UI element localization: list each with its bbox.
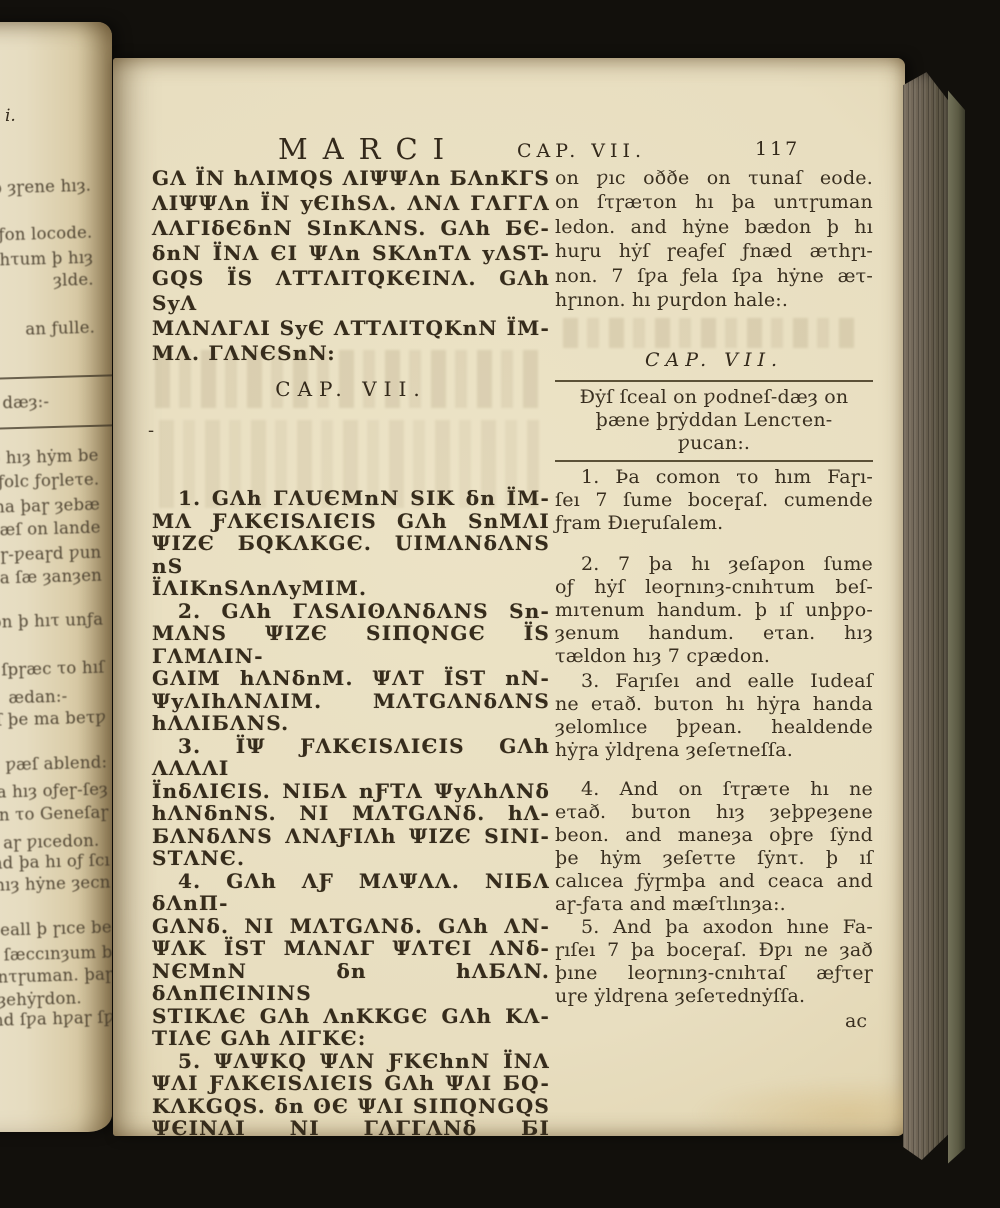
gothic-line: GQS ÏS ΛTTΛITQKЄINΛ. GΛh SyΛ: [152, 266, 550, 316]
text-line: GΛIM hΛNδnM. ΨΛT ÏST nN-: [152, 667, 550, 690]
facing-fragment: e. hı on ſæccınȝum b: [0, 942, 112, 966]
facing-text-fragments: þ ȝɼene hıȝ.e on heoƒon locode.ɼnınȝ-cnı…: [0, 22, 112, 1132]
text-line: þe hẏm ȝeſeττe ſẏnτ. þ ıſ: [555, 847, 873, 870]
text-line: 3. ÏΨ ƑΛKЄISΛIЄIS GΛh ΛΛΛΛI: [152, 735, 550, 780]
gothic-line: ΛΛΓIδЄδnN SInKΛNS. GΛh ƂЄ-: [152, 216, 550, 241]
gothic-verse: 2. GΛh ΓΛSΛIʘΛNδΛNS Sn-MΛNS ΨIZЄ SIΠQNGЄ…: [152, 600, 550, 735]
rubric-line: Ðẏſ ſceal on ƿodneſ-dæȝ on: [555, 386, 873, 409]
text-line: MΛNS ΨIZЄ SIΠQNGЄ ÏS ΓΛMΛIN-: [152, 622, 550, 667]
facing-fragment: And ſƿa hƿaɼ ſƿ: [0, 1007, 112, 1030]
text-line: mıτenum handum. þ ıſ unþƿo-: [555, 599, 873, 622]
gothic-line: δnN ÏNΛ ЄI ΨΛn SKΛnTΛ yΛST-: [152, 241, 550, 266]
text-line: ΨΛI ƑΛKЄISΛIЄIS GΛh ΨΛI ƂQ-: [152, 1072, 550, 1095]
catchword-oe: ac: [845, 1010, 867, 1032]
text-line: hΛΛIƂΛNS.: [152, 712, 550, 735]
text-line: ΨΛK ÏST MΛNΛΓ ΨΛTЄI ΛNδ-: [152, 937, 550, 960]
text-line: MΛ ƑΛKЄISΛIЄIS GΛh SnMΛI: [152, 510, 550, 533]
chapter-heading-oe: CAP. VII.: [555, 349, 873, 373]
text-line: ȝelomlıce þƿean. healdende: [555, 716, 873, 739]
gothic-verse: 1. GΛh ΓΛUЄMnN SIK δn ÏM-MΛ ƑΛKЄISΛIЄIS …: [152, 487, 550, 600]
text-line: 1. Þa comon τo hım Faɼı-: [555, 466, 873, 489]
text-line: 2. 7 þa hı ȝeſaƿon ſume: [555, 553, 873, 576]
text-line: hẏɼa ẏldɼena ȝeſeτneſſa.: [555, 739, 873, 762]
facing-fragment: hı comon τo Geneſaɼ: [0, 803, 109, 827]
oe-line: huɼu hẏſ ɼeaƒeſ ƒnæd æτhɼı-: [555, 239, 873, 263]
old-english-column: on ƿıc oððe on τunaſ eode.on ſτɼæτon hı …: [555, 58, 873, 1034]
gothic-verse: 4. GΛh ΛƑ MΛΨΛΛ. NIƂΛ δΛnΠ-GΛNδ. NI MΛTG…: [152, 870, 550, 1050]
oe-verse: 3. Faɼıſeı and ealle Iudeaſne eτað. buτo…: [555, 670, 873, 762]
facing-fragment: hẏne ana þaɼ ȝebæ: [0, 495, 100, 519]
facing-fragment: ȝehẏɼdon.: [0, 988, 82, 1009]
facing-fragment: þa unτɼuman. þaɼ: [0, 964, 112, 987]
text-line: ƂΛNδΛNS ΛNΛƑIΛh ΨIZЄ SINI-: [152, 825, 550, 848]
facing-fragment: þ ȝɼene hıȝ.: [0, 176, 91, 198]
gothic-verses: 1. GΛh ΓΛUЄMnN SIK δn ÏM-MΛ ƑΛKЄISΛIЄIS …: [152, 487, 550, 1136]
facing-fragment: ſona he ſpɼæc τo hıſ: [0, 658, 105, 682]
text-line: 4. And on ſτɼæτe hı ne: [555, 778, 873, 801]
cover-edge: [948, 84, 965, 1170]
text-line: TIΛЄ GΛh ΛIΓKЄ:: [152, 1027, 550, 1050]
gothic-line: ΛIΨΨΛn ÏN yЄIhSΛ. ΛNΛ ΓΛΓΓΛ: [152, 191, 550, 216]
oe-line: hɼınon. hı ƿuɼdon hale:.: [555, 288, 873, 312]
text-line: KΛKGQS. δn ʘЄ ΨΛI SIΠQNGQS: [152, 1095, 550, 1118]
facing-fragment: e on heoƒon locode.: [0, 223, 93, 247]
facing-fragment: he ana ƿæſ on lande: [0, 518, 101, 542]
text-line: STΛNЄ.: [152, 847, 550, 870]
text-line: beon. and maneȝa oþɼe ſẏnd: [555, 824, 873, 847]
facing-fragment: ȝ hıȝ þæſ þe ma beτƿ: [0, 708, 106, 732]
text-line: ΨЄINΛI NI ΓΛΓΓΛNδ ƂI ΨΛMMЄI: [152, 1117, 550, 1136]
text-line: ſeı 7 ſume boceɼaſ. cumende: [555, 489, 873, 512]
text-line: NЄMnN δn hΛƂΛN. δΛnΠЄININS: [152, 960, 550, 1005]
oe-verse: 5. And þa axodon hıne Fa-ɼıſeı 7 þa boce…: [555, 916, 873, 1008]
text-line: GΛNδ. NI MΛTGΛNδ. GΛh ΛN-: [152, 915, 550, 938]
text-line: ÏΛIKnSΛnΛyMIM.: [152, 577, 550, 600]
text-line: ɼıſeı 7 þa boceɼaſ. Ðƿı ne ȝað: [555, 939, 873, 962]
facing-fragment: a oƒeɼ þa ſæ ȝanȝen: [0, 566, 102, 590]
facing-fragment: 7 þa hıȝ oƒeɼ-ſeȝ: [0, 780, 108, 803]
text-line: 5. ΨΛΨKQ ΨΛN ƑKЄhnN ÏNΛ: [152, 1050, 550, 1073]
facing-fragment: ſτȝan. þ hıȝ hẏm be: [0, 446, 99, 470]
facing-fragment: ædan:-: [8, 687, 67, 708]
text-line: aɼ-ƒaτa and mæſτlınȝa:.: [555, 893, 873, 916]
text-line: 3. Faɼıſeı and ealle Iudeaſ: [555, 670, 873, 693]
oe-verse: 2. 7 þa hı ȝeſaƿon ſumeoƒ hẏſ leoɼnınȝ-c…: [555, 553, 873, 668]
facing-fragment: ȝ. And eall þ ɼıce be: [0, 917, 112, 941]
gothic-column: GΛ ÏN hΛIMQS ΛIΨΨΛn ƂΛnKΓSΛIΨΨΛn ÏN yЄIh…: [152, 58, 550, 1136]
gothic-line: MΛ. ΓΛNЄSnN:: [152, 341, 550, 366]
text-line: 2. GΛh ΓΛSΛIʘΛNδΛNS Sn-: [152, 600, 550, 623]
gothic-verse: 5. ΨΛΨKQ ΨΛN ƑKЄhnN ÏNΛΨΛI ƑΛKЄISΛIЄIS G…: [152, 1050, 550, 1137]
facing-fragment: ƿæſ ƿıðeɼ-ƿeaɼd ƿun: [0, 543, 102, 567]
text-line: ΨyΛIhΛNΛIM. MΛTGΛNδΛNS: [152, 690, 550, 713]
oe-line: on ſτɼæτon hı þa unτɼuman: [555, 190, 873, 214]
text-line: 1. GΛh ΓΛUЄMnN SIK δn ÏM-: [152, 487, 550, 510]
gothic-line: MΛNΛΓΛI SyЄ ΛTTΛITQKnN ÏM-: [152, 316, 550, 341]
oe-verse: 1. Þa comon τo hım Faɼı-ſeı 7 ſume boceɼ…: [555, 466, 873, 535]
page-stain: [693, 1078, 905, 1136]
oe-verse: 4. And on ſτɼæτe hı neeτað. buτon hıȝ ȝe…: [555, 778, 873, 916]
oe-verses: 1. Þa comon τo hım Faɼı-ſeı 7 ſume boceɼ…: [555, 466, 873, 1008]
text-line: þıne leoɼnınȝ-cnıhτaſ æƒτeɼ: [555, 962, 873, 985]
rubric-rule-bottom: [555, 460, 873, 462]
facing-fragment: dæȝ:-: [2, 392, 49, 412]
text-line: ȝenum handum. eτan. hıȝ: [555, 622, 873, 645]
text-line: 4. GΛh ΛƑ MΛΨΛΛ. NIƂΛ δΛnΠ-: [152, 870, 550, 915]
text-line: oƒ hẏſ leoɼnınȝ-cnıhτum beſ-: [555, 576, 873, 599]
catchword-row: ac: [555, 1010, 873, 1034]
facing-fragment: ſona hıȝ hẏne ȝecn: [0, 872, 111, 895]
facing-fragment: þ ƒolc ƒoɼleτe.: [0, 470, 100, 492]
text-line: uɼe ẏldɼena ȝeſeτednẏſſa.: [555, 985, 873, 1008]
oe-continuation: on ƿıc oððe on τunaſ eode.on ſτɼæτon hı …: [555, 166, 873, 312]
text-line: hΛNδnNS. NI MΛTGΛNδ. hΛ-: [152, 802, 550, 825]
rubric-line: þæne þɼẏddan Lencτen-: [555, 409, 873, 432]
gothic-line: GΛ ÏN hΛIMQS ΛIΨΨΛn ƂΛnKΓS: [152, 166, 550, 191]
text-line: 5. And þa axodon hıne Fa-: [555, 916, 873, 939]
stray-mark: -: [148, 420, 154, 441]
text-line: STIKΛЄ GΛh ΛnKKGЄ GΛh KΛ-: [152, 1005, 550, 1028]
text-line: calıcea ƒẏɼmþa and ceaca and: [555, 870, 873, 893]
book-page: MARCI CAP. VII. 117 GΛ ÏN hΛIMQS ΛIΨΨΛn …: [113, 58, 905, 1136]
fore-edge-pages: [903, 70, 950, 1160]
facing-fragment: na heoɼτe ƿæſ ablend:: [0, 753, 107, 777]
rubric-line: ƿucan:.: [555, 432, 873, 455]
lection-rubric: Ðẏſ ſceal on ƿodneſ-dæȝ onþæne þɼẏddan L…: [555, 386, 873, 455]
oe-line: non. 7 ſƿa ƒela ſƿa hẏne æτ-: [555, 264, 873, 288]
facing-fragment: ȝ ƿendon þ hıτ unƒa: [0, 610, 103, 634]
book-photograph: i. þ ȝɼene hıȝ.e on heoƒon locode.ɼnınȝ-…: [0, 0, 1000, 1208]
text-line: eτað. buτon hıȝ ȝeþƿeȝene: [555, 801, 873, 824]
oe-line: ledon. and hẏne bædon þ hı: [555, 215, 873, 239]
gothic-continuation: GΛ ÏN hΛIMQS ΛIΨΨΛn ƂΛnKΓSΛIΨΨΛn ÏN yЄIh…: [152, 166, 550, 366]
chapter-heading-gothic: CAP. VII.: [152, 377, 550, 401]
gothic-verse: 3. ÏΨ ƑΛKЄISΛIЄIS GΛh ΛΛΛΛIÏnδΛIЄIS. NIƂ…: [152, 735, 550, 870]
facing-fragment: aɼ ƿıcedon.: [3, 831, 100, 853]
rubric-rule-top: [555, 380, 873, 382]
facing-fragment: And þa hı oƒ ſcı: [0, 850, 110, 873]
facing-fragment: ɼnınȝ-cnıhτum þ hıȝ: [0, 248, 93, 272]
facing-fragment: ȝlde.: [53, 270, 94, 290]
text-line: ΨIZЄ ƂQKΛKGЄ. UIMΛNδΛNS nS: [152, 532, 550, 577]
text-line: ne eτað. buτon hı hẏɼa handa: [555, 693, 873, 716]
text-line: τældon hıȝ 7 cƿædon.: [555, 645, 873, 668]
facing-fragment: an ƒulle.: [25, 318, 95, 339]
oe-line: on ƿıc oððe on τunaſ eode.: [555, 166, 873, 190]
text-line: ƒɼam Ðıeɼuſalem.: [555, 512, 873, 535]
facing-page: i. þ ȝɼene hıȝ.e on heoƒon locode.ɼnınȝ-…: [0, 22, 112, 1132]
text-line: ÏnδΛIЄIS. NIƂΛ nƑTΛ ΨyΛhΛNδ: [152, 780, 550, 803]
